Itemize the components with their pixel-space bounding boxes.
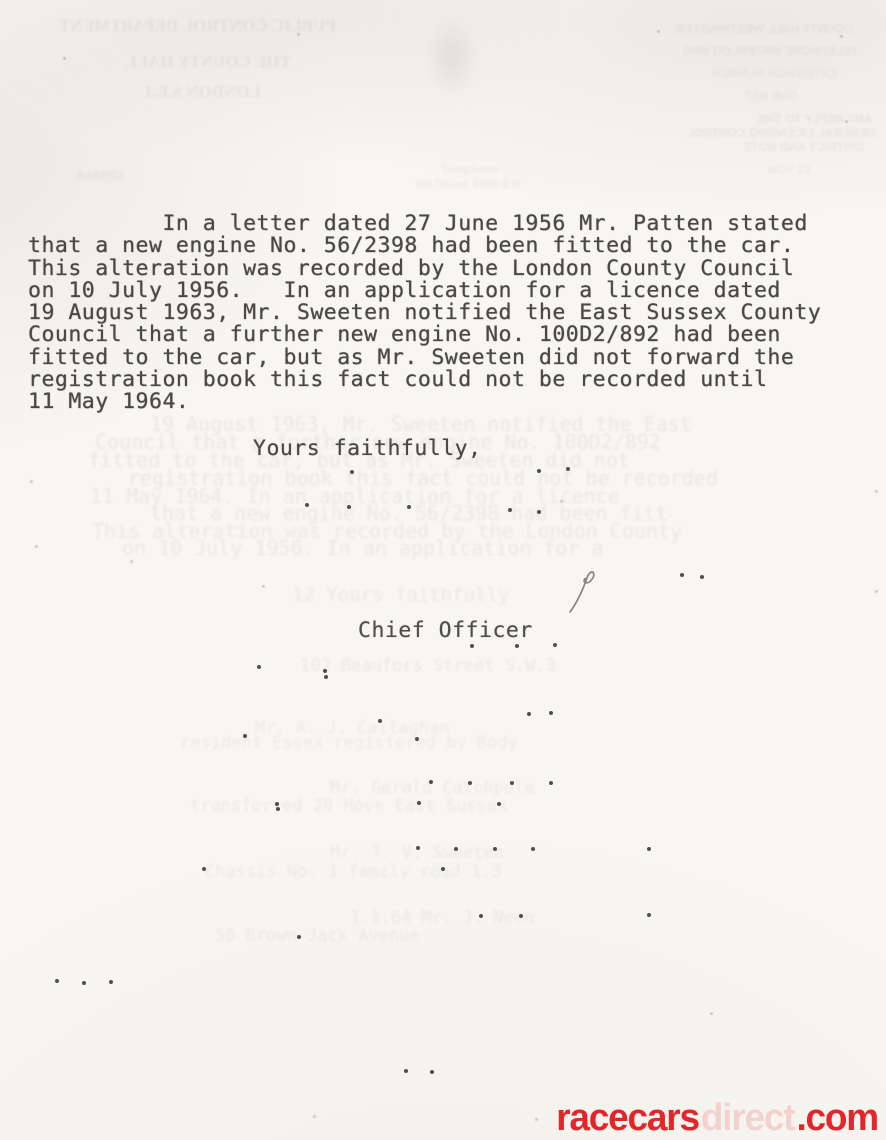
faint-crest-watermark: [426, 16, 478, 98]
ghost-text-line: THE COUNTY HALL: [66, 52, 291, 72]
paper-speck: [63, 57, 66, 60]
ghost-text-line: DISTRICT AND NOTE: [612, 140, 864, 154]
letter-line: In a letter dated 27 June 1956 Mr. Patte…: [28, 213, 821, 235]
watermark-part-com: .com: [796, 1097, 878, 1139]
letter-line: Council that a further new engine No. 10…: [28, 324, 821, 346]
ink-dot: [323, 669, 327, 673]
ink-dot: [415, 737, 419, 741]
paper-speck: [875, 490, 878, 493]
ghost-text-line: GENERAL LICENSING CONTROL: [596, 126, 876, 140]
ink-dot: [549, 781, 553, 785]
ink-dot: [109, 980, 113, 984]
ghost-text-line: Mr. T. V. Sweeten: [330, 843, 635, 863]
ghost-text-line: OUR REF: [678, 89, 798, 103]
ghost-text-line: COUNTY HALL WESTMINSTER: [648, 22, 853, 36]
letter-line: registration book this fact could not be…: [28, 369, 821, 391]
ghost-text-line: that a new engine No. 56/2398 had been f…: [150, 501, 670, 525]
ghost-text-line: Chassis No. 1 family road 1.3: [205, 862, 570, 882]
ink-dot: [55, 979, 59, 983]
ink-dot: [508, 508, 512, 512]
ink-dot: [510, 781, 514, 785]
bleed-through-text-layer: PUBLIC CONTROL DEPARTMENTTHE COUNTY HALL…: [0, 0, 886, 1140]
signoff-title: Chief Officer: [358, 618, 533, 643]
watermark-part-racecars: racecars: [556, 1097, 699, 1139]
paper-speck: [297, 33, 300, 36]
ink-dot: [549, 711, 553, 715]
ghost-text-line: EXTENSION NUMBER: [652, 66, 837, 80]
ghost-text-line: This alteration was recorded by the Lond…: [92, 519, 692, 543]
ink-dot: [647, 913, 651, 917]
ghost-text-line: SR556A: [30, 168, 125, 183]
ink-dot: [416, 846, 420, 850]
paper-speck: [560, 500, 563, 503]
ghost-text-line: TELEPHONE WATERLOO 5000: [618, 44, 858, 58]
ink-dot: [243, 734, 247, 738]
ink-dot: [417, 801, 421, 805]
ink-dot: [470, 644, 474, 648]
ink-dot: [479, 914, 483, 918]
ink-dot: [404, 1069, 408, 1073]
ghost-text-line: resident Essex registered by Body: [180, 733, 565, 753]
watermark-part-direct: direct: [701, 1097, 795, 1139]
ink-dot: [257, 665, 261, 669]
ghost-text-line: registration book this fact could not be…: [128, 466, 728, 490]
paper-speck: [35, 545, 38, 548]
ghost-text-line: 50 Brown Jack Avenue: [215, 926, 550, 946]
ghost-text-line: WATerloo 5000 Ext: [415, 177, 620, 191]
paper-speck: [313, 1115, 316, 1118]
ghost-text-line: on 10 July 1956. In an application for a: [122, 536, 632, 560]
ghost-text-line: ANY REPLY TO THE: [600, 112, 872, 126]
ink-dot: [515, 644, 519, 648]
letter-line: fitted to the car, but as Mr. Sweeten di…: [28, 347, 821, 369]
ink-dot: [429, 780, 433, 784]
ink-dot: [468, 781, 472, 785]
ink-dot: [407, 505, 411, 509]
ink-dot: [537, 510, 541, 514]
ink-dot: [324, 675, 328, 679]
ghost-text-line: LONDON S.E.1: [86, 82, 261, 102]
ink-specks-layer: [0, 0, 886, 1140]
ink-dot: [347, 505, 351, 509]
ink-dot: [537, 469, 541, 473]
paper-speck: [130, 560, 133, 563]
ghost-text-line: Telephone: [440, 162, 580, 176]
paper-speck: [30, 480, 33, 483]
ink-dot: [297, 935, 301, 939]
letter-line: on 10 July 1956. In an application for a…: [28, 280, 821, 302]
ink-dot: [454, 847, 458, 851]
ghost-text-line: transferred 28 Hove East Sussex: [190, 796, 575, 816]
racecarsdirect-watermark: racecarsdirect.com: [556, 1097, 878, 1140]
letter-line: 19 August 1963, Mr. Sweeten notified the…: [28, 302, 821, 324]
ghost-text-line: 19 August 1963, Mr. Sweeten notified the…: [150, 412, 710, 436]
ink-dot: [553, 643, 557, 647]
scanned-letter-page: PUBLIC CONTROL DEPARTMENTTHE COUNTY HALL…: [0, 0, 886, 1140]
paper-speck: [262, 585, 265, 588]
ink-dot: [350, 470, 354, 474]
ink-dot: [275, 802, 279, 806]
ink-dot: [378, 719, 382, 723]
ghost-text-line: 12 Yours faithfully: [292, 584, 537, 606]
ink-dot: [519, 914, 523, 918]
paper-speck: [535, 1118, 538, 1121]
ink-dot: [700, 575, 704, 579]
ink-dot: [82, 981, 86, 985]
signature-mark-icon: [566, 568, 602, 616]
letter-line: This alteration was recorded by the Lond…: [28, 258, 821, 280]
ghost-text-line: Mr. Gerald Catchpole: [330, 778, 635, 798]
letter-body: In a letter dated 27 June 1956 Mr. Patte…: [28, 213, 821, 414]
closing-line: Yours faithfully,: [253, 436, 482, 461]
ink-dot: [441, 867, 445, 871]
ink-dot: [430, 1070, 434, 1074]
paper-speck: [875, 590, 878, 593]
paper-speck: [710, 1012, 713, 1015]
ghost-text-line: Mr. A. J. Callaghan: [255, 718, 520, 738]
ink-dot: [202, 867, 206, 871]
ink-dot: [680, 573, 684, 577]
letter-line: 11 May 1964.: [28, 391, 821, 413]
ghost-text-line: PUBLIC CONTROL DEPARTMENT: [26, 16, 336, 36]
paper-speck: [657, 30, 660, 33]
ink-dot: [647, 847, 651, 851]
ink-dot: [276, 807, 280, 811]
ghost-text-line: 11 May 1964. In an application for a lic…: [90, 484, 700, 508]
ink-dot: [497, 802, 501, 806]
ink-dot: [305, 503, 309, 507]
paper-speck: [845, 120, 848, 123]
ink-dot: [531, 847, 535, 851]
ghost-text-line: 1.1.64 Mr. J. Neen: [350, 908, 635, 928]
ink-dot: [527, 712, 531, 716]
letter-line: that a new engine No. 56/2398 had been f…: [28, 235, 821, 257]
ghost-text-line: NOV 24: [768, 163, 858, 177]
ink-dot: [566, 467, 570, 471]
ghost-text-line: 102 Beaufors Street S.W.3: [300, 656, 605, 676]
paper-speck: [840, 35, 843, 38]
ink-dot: [493, 847, 497, 851]
